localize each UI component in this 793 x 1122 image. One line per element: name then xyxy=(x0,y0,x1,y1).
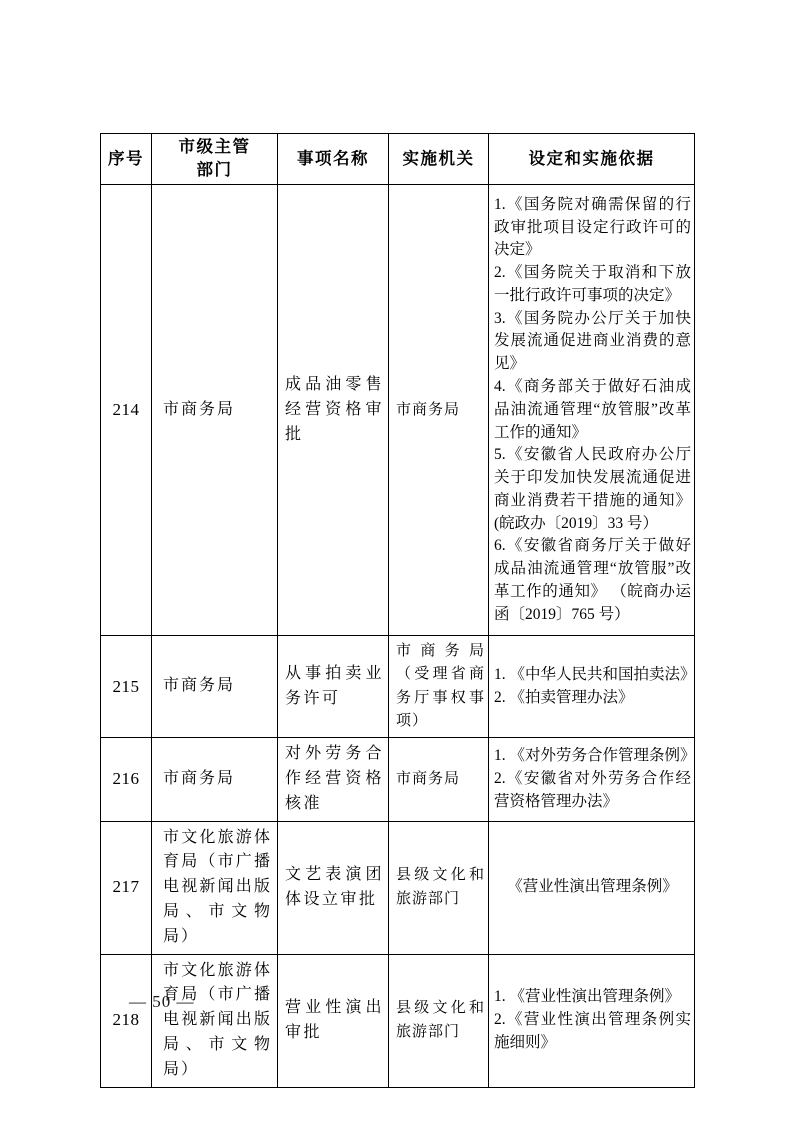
basis-item: 2. 《拍卖管理办法》 xyxy=(494,687,691,710)
serial-cell: 215 xyxy=(101,636,152,738)
item-name-cell: 营业性演出审批 xyxy=(278,954,389,1087)
basis-item: 3.《国务院办公厅关于加快发展流通促进商业消费的意见》 xyxy=(494,308,691,376)
page-number: — 50 — xyxy=(129,992,195,1012)
serial-cell: 216 xyxy=(101,738,152,821)
basis-item: 1. 《中华人民共和国拍卖法》 xyxy=(494,664,691,687)
basis-cell: 《营业性演出管理条例》 xyxy=(489,821,695,954)
table-row: 214市商务局成品油零售经营资格审批市商务局1.《国务院对确需保留的行政审批项目… xyxy=(101,185,695,636)
table-row: 216市商务局对外劳务合作经营资格核准市商务局1. 《对外劳务合作管理条例》2.… xyxy=(101,738,695,821)
basis-item: 5.《安徽省人民政府办公厅关于印发加快发展流通促进商业消费若干措施的通知》(皖政… xyxy=(494,444,691,535)
basis-item: 2.《安徽省对外劳务合作经营资格管理办法》 xyxy=(494,768,691,814)
basis-item: 1. 《营业性演出管理条例》 xyxy=(494,986,691,1009)
department-cell: 市商务局 xyxy=(152,185,278,636)
item-name-cell: 文艺表演团体设立审批 xyxy=(278,821,389,954)
item-name-cell: 对外劳务合作经营资格核准 xyxy=(278,738,389,821)
basis-cell: 1. 《对外劳务合作管理条例》2.《安徽省对外劳务合作经营资格管理办法》 xyxy=(489,738,695,821)
basis-item: 6.《安徽省商务厅关于做好成品油流通管理“放管服”改革工作的通知》 （皖商办运函… xyxy=(494,535,691,626)
table-body: 214市商务局成品油零售经营资格审批市商务局1.《国务院对确需保留的行政审批项目… xyxy=(101,185,695,1087)
basis-cell: 1. 《营业性演出管理条例》2.《营业性演出管理条例实施细则》 xyxy=(489,954,695,1087)
column-header: 市级主管 部门 xyxy=(152,134,278,185)
column-header: 事项名称 xyxy=(278,134,389,185)
agency-cell: 市商务局（受理省商务厅事权事项） xyxy=(389,636,489,738)
basis-item: 1.《国务院对确需保留的行政审批项目设定行政许可的决定》 xyxy=(494,194,691,262)
column-header: 序号 xyxy=(101,134,152,185)
basis-item: 2.《营业性演出管理条例实施细则》 xyxy=(494,1009,691,1055)
table-row: 217市文化旅游体育局（市广播电视新闻出版局、市文物局）文艺表演团体设立审批县级… xyxy=(101,821,695,954)
basis-cell: 1. 《中华人民共和国拍卖法》2. 《拍卖管理办法》 xyxy=(489,636,695,738)
basis-cell: 1.《国务院对确需保留的行政审批项目设定行政许可的决定》2.《国务院关于取消和下… xyxy=(489,185,695,636)
basis-item: 4.《商务部关于做好石油成品油流通管理“放管服”改革工作的通知》 xyxy=(494,376,691,444)
serial-cell: 217 xyxy=(101,821,152,954)
item-name-cell: 从事拍卖业务许可 xyxy=(278,636,389,738)
agency-cell: 县级文化和旅游部门 xyxy=(389,821,489,954)
basis-item: 1. 《对外劳务合作管理条例》 xyxy=(494,745,691,768)
department-cell: 市商务局 xyxy=(152,738,278,821)
table-header-row: 序号市级主管 部门事项名称实施机关设定和实施依据 xyxy=(101,134,695,185)
department-cell: 市文化旅游体育局（市广播电视新闻出版局、市文物局） xyxy=(152,954,278,1087)
column-header: 设定和实施依据 xyxy=(489,134,695,185)
table-row: 215市商务局从事拍卖业务许可市商务局（受理省商务厅事权事项）1. 《中华人民共… xyxy=(101,636,695,738)
table-row: 218市文化旅游体育局（市广播电视新闻出版局、市文物局）营业性演出审批县级文化和… xyxy=(101,954,695,1087)
basis-item: 2.《国务院关于取消和下放一批行政许可事项的决定》 xyxy=(494,262,691,308)
agency-cell: 市商务局 xyxy=(389,738,489,821)
basis-item: 《营业性演出管理条例》 xyxy=(494,876,691,899)
column-header: 实施机关 xyxy=(389,134,489,185)
department-cell: 市文化旅游体育局（市广播电视新闻出版局、市文物局） xyxy=(152,821,278,954)
document-page: 序号市级主管 部门事项名称实施机关设定和实施依据 214市商务局成品油零售经营资… xyxy=(0,0,793,1122)
department-cell: 市商务局 xyxy=(152,636,278,738)
agency-cell: 市商务局 xyxy=(389,185,489,636)
serial-cell: 218 xyxy=(101,954,152,1087)
approval-items-table: 序号市级主管 部门事项名称实施机关设定和实施依据 214市商务局成品油零售经营资… xyxy=(100,133,695,1088)
agency-cell: 县级文化和旅游部门 xyxy=(389,954,489,1087)
item-name-cell: 成品油零售经营资格审批 xyxy=(278,185,389,636)
serial-cell: 214 xyxy=(101,185,152,636)
